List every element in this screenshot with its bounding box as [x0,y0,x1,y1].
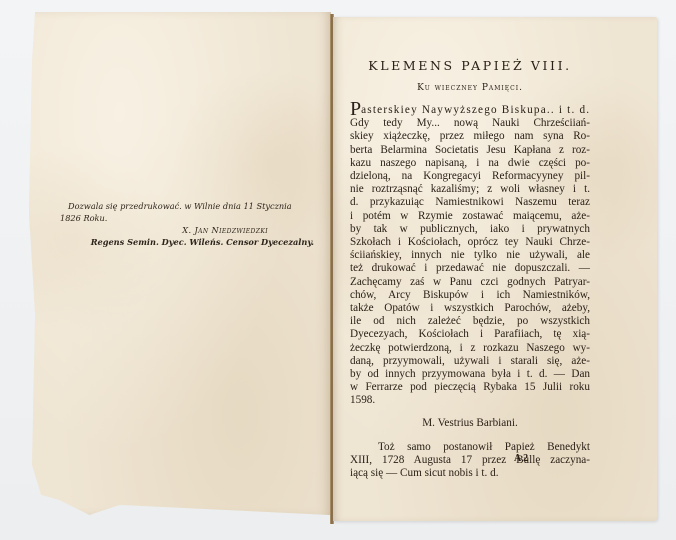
right-page-content: KLEMENS PAPIEŻ VIII. Ku wieczney Pamięci… [350,52,590,480]
text-line: berta Belarmina Societatis Jesu Kapłana … [350,144,590,157]
text-line: Toż samo postanowił Papież Benedykt [350,441,590,454]
text-line: w Ferrarze pod pieczęcią Rybaka 15 Julii… [350,381,590,394]
text-line: też drukować i przedawać nie dopuszczali… [350,262,590,275]
censor-title: Regens Semin. Dyec. Wileńs. Censor Dyece… [60,236,320,248]
text-line: Zachęcamy zaś w Panu czci godnych Patrya… [350,276,590,289]
text-line: nie roztrząsnąć kazaliśmy; z woli własne… [350,183,590,196]
text-line: żeczkę potwierdzoną, i z rozkazu Naszego… [350,342,590,355]
printer-signature-mark: A 2 [514,453,528,464]
text-line: kazu naszego napisaną, i na dwie części … [350,157,590,170]
text-line: iącą się — Cum sicut nobis i t. d. [350,467,590,480]
text-line: by tak w publicznych, iako i prywatnych [350,223,590,236]
text-line: chów, Arcy Biskupów i ich Namiestników, [350,289,590,302]
text-line: by od innych przyymowana była i t. d. — … [350,368,590,381]
signatory: M. Vestrius Barbiani. [350,417,590,429]
censor-name: X. Jan Niedzwiedzki [60,224,320,236]
text-line: Pasterskiey Naywyższego Biskupa.. i t. d… [350,103,590,117]
imprimatur-year: 1826 Roku. [60,212,320,224]
text-line: ściiańskiey, innych nie tylko nie używal… [350,249,590,262]
text-line: Dyecezyach, Kościołach i Parafiiach, tę … [350,328,590,341]
text-line: Gdy tedy My... nową Nauki Chrześciiań- [350,117,590,130]
text-line: także Opatów i wszystkich Parochów, ażeb… [350,302,590,315]
text-line: daną, przyymowali, używali i starali się… [350,355,590,368]
text-line: dzieloną, na Kongregacyi Reformacyyney p… [350,170,590,183]
imprimatur-block: Dozwala się przedrukować. w Wilnie dnia … [60,200,320,248]
text-line: 1598. [350,394,590,407]
page-title: KLEMENS PAPIEŻ VIII. [350,58,590,73]
imprimatur-permission: Dozwala się przedrukować. w Wilnie dnia … [60,200,320,212]
text-line: i potém w Rzymie zostawać maiącemu, aże- [350,210,590,223]
page-subtitle: Ku wieczney Pamięci. [350,83,590,93]
text-line: XIII, 1728 Augusta 17 przez Bullę zaczyn… [350,454,590,467]
text-line: Szkołach i Kościołach, oprócz tey Nauki … [350,236,590,249]
left-page [29,12,331,515]
text-line: d. przykazuiąc Namiestnikowi Naszemu ter… [350,196,590,209]
bull-text: Pasterskiey Naywyższego Biskupa.. i t. d… [350,103,590,408]
benedict-note: Toż samo postanowił Papież Benedykt XIII… [350,441,590,481]
text-line: skiey xiążeczkę, przez miłego nam syna R… [350,130,590,143]
text-line: ile od nich zależeć będzie, po wszystkic… [350,315,590,328]
